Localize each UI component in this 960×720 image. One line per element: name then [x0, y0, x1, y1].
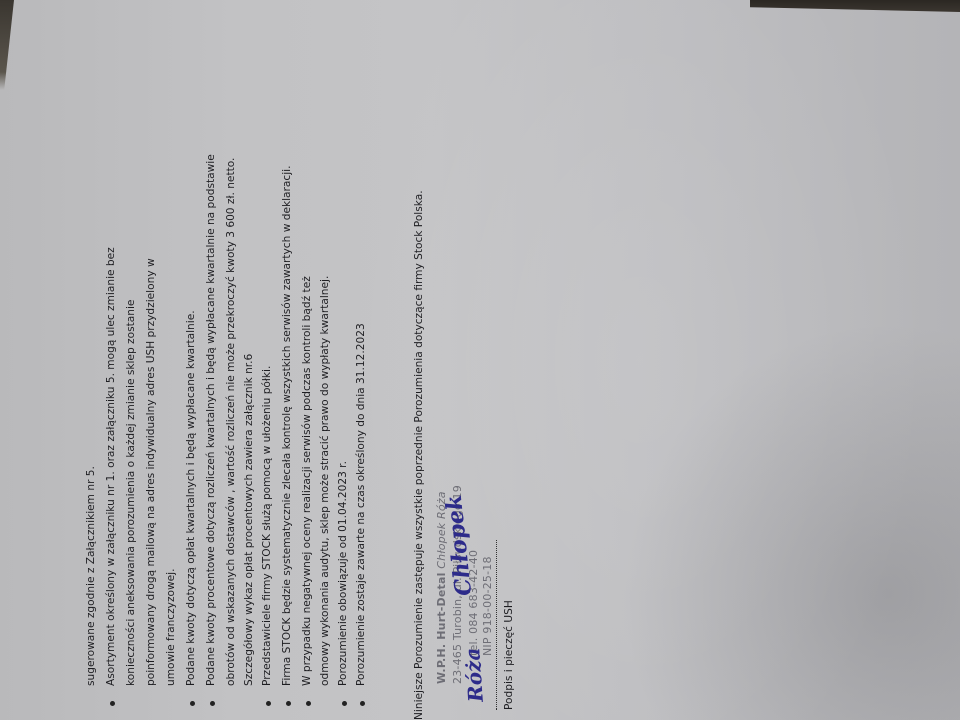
bullet-1-line-4: umowie franczyzowej.: [166, 569, 177, 687]
bullet-6-line-2: odmowy wykonania audytu, sklep może stra…: [320, 276, 331, 686]
bullet-dot: [360, 701, 365, 706]
stamp-company: W.P.H. Hurt-Detal: [435, 572, 448, 684]
bullet-dot: [286, 701, 291, 706]
bullet-8-line-1: Porozumienie zostaje zawarte na czas okr…: [356, 323, 367, 686]
bullet-1-line-2: konieczności aneksowania porozumienia o …: [126, 300, 137, 686]
bullet-dot: [342, 701, 347, 706]
bullet-1-line-1: Asortyment określony w załączniku nr 1. …: [106, 247, 117, 686]
closing-statement: Niniejsze Porozumienie zastępuje wszystk…: [414, 190, 425, 720]
intro-line: sugerowane zgodnie z Załącznikiem nr 5.: [86, 466, 97, 686]
bullet-1-line-3: poinformowany drogą mailową na adres ind…: [146, 258, 157, 686]
bullet-7-line-1: Porozumienie obowiązuje od 01.04.2023 r.: [338, 461, 349, 686]
bullet-dot: [190, 701, 195, 706]
bullet-4-line-1: Przedstawiciele firmy STOCK służą pomocą…: [262, 366, 273, 686]
bullet-dot: [306, 701, 311, 706]
stamp-nip: NIP 918-00-25-18: [482, 556, 493, 656]
bullet-6-line-1: W przypadku negatywnej oceny realizacji …: [302, 276, 313, 686]
signature-first-name: Róża: [462, 647, 486, 703]
paper-shadow: [600, 300, 960, 720]
bullet-2-line-1: Podane kwoty dotyczą opłat kwartalnych i…: [186, 310, 197, 686]
bullet-3-line-1: Podane kwoty procentowe dotyczą rozlicze…: [206, 154, 217, 686]
signature-caption: Podpis i pieczęć USH: [504, 600, 515, 710]
bullet-5-line-1: Firma STOCK będzie systematycznie zlecał…: [282, 166, 293, 686]
document-page: sugerowane zgodnie z Załącznikiem nr 5. …: [80, 0, 600, 720]
bullet-3-line-2: obrotów od wskazanych dostawców , wartoś…: [226, 158, 237, 686]
bullet-dot: [210, 701, 215, 706]
bullet-3-line-3: Szczegółowy wykaz opłat procentowych zaw…: [244, 354, 255, 686]
bullet-dot: [266, 701, 271, 706]
signature-line: [496, 540, 497, 710]
bullet-dot: [110, 701, 115, 706]
